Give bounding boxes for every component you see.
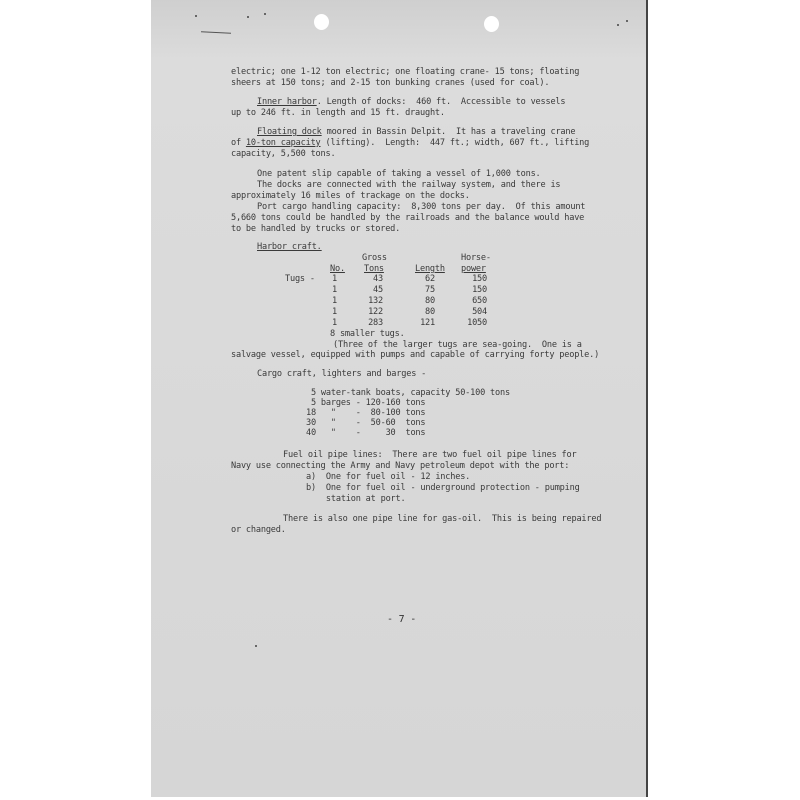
speck [247, 16, 249, 18]
cell-gross-tons: 283 [368, 318, 383, 329]
scratch-mark [201, 31, 231, 34]
cell-no: 1 [332, 307, 337, 318]
floating-dock-rest: (lifting). Length: 447 ft.; width, 607 f… [321, 138, 590, 148]
port-cargo-line-3: to be handled by trucks or stored. [231, 224, 400, 235]
cell-no: 1 [332, 285, 337, 296]
smaller-tugs: 8 smaller tugs. [330, 329, 405, 340]
cell-horsepower: 150 [472, 285, 487, 296]
speck [626, 20, 628, 22]
floating-dock-pre: of [231, 138, 246, 148]
cell-no: 1 [332, 318, 337, 329]
punch-hole-left [314, 14, 329, 30]
railway-line-1: The docks are connected with the railway… [257, 180, 560, 191]
floating-dock-line-2: of 10-ton capacity (lifting). Length: 44… [231, 138, 589, 149]
fuel-oil-item-b: b) One for fuel oil - underground protec… [306, 483, 580, 494]
cell-length: 80 [425, 307, 435, 318]
header-hp-top: Horse- [461, 253, 491, 264]
cell-gross-tons: 45 [373, 285, 383, 296]
cell-no: 1 [332, 296, 337, 307]
tugs-note-line-2: salvage vessel, equipped with pumps and … [231, 350, 599, 361]
cranes-line-1: electric; one 1-12 ton electric; one flo… [231, 67, 579, 78]
port-cargo-line-2: 5,660 tons could be handled by the railr… [231, 213, 584, 224]
floating-dock-heading: Floating dock [257, 127, 322, 137]
floating-dock-text: moored in Bassin Delpit. It has a travel… [322, 127, 576, 137]
gas-oil-line-2: or changed. [231, 525, 286, 536]
tugs-label: Tugs - [285, 274, 315, 285]
patent-slip-line: One patent slip capable of taking a vess… [257, 169, 541, 180]
speck [195, 15, 197, 17]
page-number: - 7 - [387, 614, 416, 625]
floating-dock-line-3: capacity, 5,500 tons. [231, 149, 335, 160]
fuel-oil-item-a: a) One for fuel oil - 12 inches. [306, 472, 470, 483]
cell-gross-tons: 122 [368, 307, 383, 318]
inner-harbor-line-2: up to 246 ft. in length and 15 ft. draug… [231, 108, 445, 119]
railway-line-2: approximately 16 miles of trackage on th… [231, 191, 470, 202]
floating-dock-capacity: 10-ton capacity [246, 138, 321, 148]
speck [255, 645, 257, 647]
fuel-oil-line-1: Fuel oil pipe lines: There are two fuel … [283, 450, 576, 461]
speck [617, 24, 619, 26]
cell-length: 80 [425, 296, 435, 307]
cell-horsepower: 1050 [467, 318, 487, 329]
cargo-item: 40 " - 30 tons [306, 428, 425, 439]
gas-oil-line-1: There is also one pipe line for gas-oil.… [283, 514, 601, 525]
cell-length: 62 [425, 274, 435, 285]
speck [264, 13, 266, 15]
floating-dock-line-1: Floating dock moored in Bassin Delpit. I… [257, 127, 575, 138]
fuel-oil-line-2: Navy use connecting the Army and Navy pe… [231, 461, 569, 472]
cranes-line-2: sheers at 150 tons; and 2-15 ton bunking… [231, 78, 549, 89]
cell-no: 1 [332, 274, 337, 285]
inner-harbor-text: . Length of docks: 460 ft. Accessible to… [317, 97, 566, 107]
inner-harbor-heading: Inner harbor [257, 97, 317, 107]
header-gross-top: Gross [362, 253, 387, 264]
cell-gross-tons: 132 [368, 296, 383, 307]
cell-length: 75 [425, 285, 435, 296]
inner-harbor-line-1: Inner harbor. Length of docks: 460 ft. A… [257, 97, 565, 108]
cargo-craft-heading: Cargo craft, lighters and barges - [257, 369, 426, 380]
punch-hole-right [484, 16, 499, 32]
cell-gross-tons: 43 [373, 274, 383, 285]
harbor-craft-heading: Harbor craft. [257, 242, 322, 253]
port-cargo-line-1: Port cargo handling capacity: 8,300 tons… [257, 202, 585, 213]
cell-horsepower: 650 [472, 296, 487, 307]
cell-horsepower: 504 [472, 307, 487, 318]
cell-horsepower: 150 [472, 274, 487, 285]
fuel-oil-item-b-cont: station at port. [306, 494, 405, 505]
document-page: electric; one 1-12 ton electric; one flo… [151, 0, 648, 797]
cell-length: 121 [420, 318, 435, 329]
